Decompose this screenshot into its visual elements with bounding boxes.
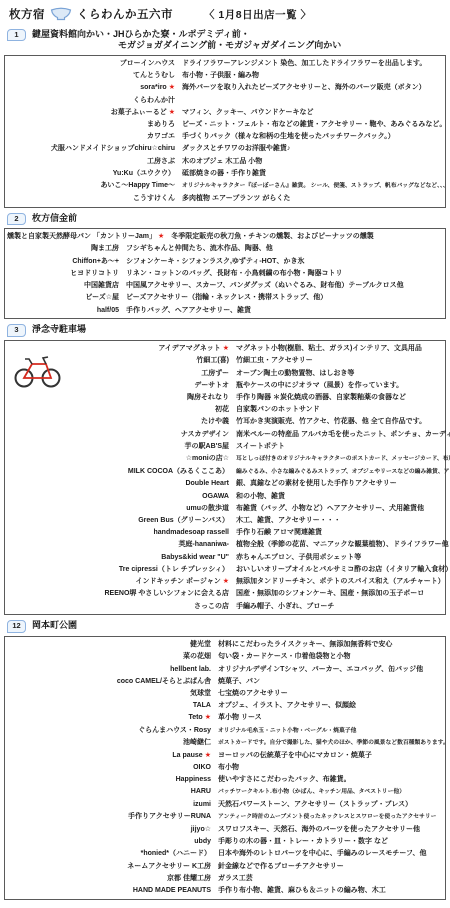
vendor-name: 京都 佳耀工房 — [7, 874, 211, 883]
vendor-description: オリジナルデザインTシャツ、パーカー、エコバッグ、缶バッジ他 — [218, 665, 441, 674]
vendor-name-text: アイデアマグネット — [158, 344, 220, 353]
vendor-name: さっこの店 — [7, 602, 229, 611]
vendor-description: パッチワークキルト.布小物（かばん、キッチン用品、タペストリー他） — [218, 789, 441, 797]
vendor-name-text: 池崎継仁 — [183, 738, 211, 747]
vendor-description: 銀、真鍮などの素材を使用した手作りアクセサリー — [236, 479, 441, 488]
vendor-row: アイデアマグネット★マグネット小物(樹脂、粘土、ガラス)インテリア、文具用品 — [5, 343, 445, 355]
vendor-row: ビーズ☆屋ビーズアクセサリー（指輪・ネックレス・携帯ストラップ、他） — [5, 292, 445, 304]
vendor-name: hellbent lab. — [7, 665, 211, 674]
vendor-name-text: ナスカデザイン — [181, 430, 229, 439]
vendor-row: half/05手作りバッグ、ヘアアクセサリー、雑貨 — [5, 304, 445, 316]
section-number-badge: 12 — [7, 620, 26, 632]
vendor-row: sora*iro★海外パーツを取り入れたビーズアクセサリーと、海外のパーツ販売（… — [5, 82, 445, 94]
section-number-badge: 1 — [7, 29, 26, 41]
vendor-name: くらわんか汁 — [7, 96, 175, 105]
vendor-name: OIKO — [7, 763, 211, 772]
vendor-name: La pause★ — [7, 751, 211, 760]
vendor-name: coco CAMEL/そらとぶぱん舎 — [7, 677, 211, 686]
vendor-row: coco CAMEL/そらとぶぱん舎焼菓子、パン — [5, 675, 445, 687]
vendor-description: 手作り布小物、雑貨、麻ひも＆ニットの編み物、木工 — [218, 886, 441, 895]
vendor-name: OGAWA — [7, 492, 229, 501]
vendor-name: ubdy — [7, 837, 211, 846]
vendor-name-text: たけや義 — [201, 417, 229, 426]
vendor-description: 革小物 リース — [218, 713, 441, 722]
vendor-row: まめりろビーズ・ニット・フェルト・布などの雑貨・アクセサリー・鞄や、あみぐるみな… — [5, 119, 445, 131]
vendor-name-text: REENO堺 やさしいシフォンに会える店 — [105, 589, 230, 598]
vendor-description: 手作りバッグ、ヘアアクセサリー、雑貨 — [126, 306, 441, 315]
vendor-description: 国産・無添加のシフォンケーキ、国産・無添加の玉子ボーロ — [236, 589, 441, 598]
vendor-name: ブローインハウス — [7, 59, 175, 68]
vendor-name-text: half/05 — [97, 306, 119, 315]
vendor-row: 工房ずーオーブン陶土の動物置物、はしおき等 — [5, 367, 445, 379]
vendor-row: ブローインハウスドライフラワーアレンジメント 染色、加工したドライフラワーを出品… — [5, 58, 445, 70]
vendor-name: ナスカデザイン — [7, 430, 229, 439]
vendor-row: Tre cipressi（トレ チプレッシィ）おいしいオリーブオイルとバルサミコ… — [5, 563, 445, 575]
vendor-name-text: jijyo☆ — [191, 825, 211, 834]
vendor-name: MILK COCOA（みるくここあ） — [7, 467, 229, 476]
vendor-name: sora*iro★ — [7, 83, 175, 92]
vendor-name: あいこ～Happy Time～ — [7, 181, 175, 190]
vendor-name: half/05 — [7, 306, 119, 315]
vendor-description: 赤ちゃんエプロン、子供用ポシェット等 — [236, 553, 441, 562]
vendor-description: 木工、雑貨、アクセサリー・・・ — [236, 516, 441, 525]
vendor-name: ビーズ☆屋 — [7, 293, 119, 302]
vendor-name: たけや義 — [7, 417, 229, 426]
section-title-line1: 岡本町公園 — [32, 620, 77, 631]
vendor-name-text: 健光堂 — [190, 640, 211, 649]
vendor-name: Babys&kid wear "U" — [7, 553, 229, 562]
vendor-row: 燻製と自家製天然酵母パン 「カントリーJam」★冬季限定販売の秋刀魚・チキンの燻… — [5, 231, 445, 243]
vendor-description: 材料にこだわったライスクッキー、無添加無香料で安心 — [218, 640, 441, 649]
vendor-name-text: 陶ま工房 — [91, 244, 119, 253]
vendor-row: Chiffon+あ～+シフォンケーキ・シフォンラスク,ゆずティ-HOT、かき氷 — [5, 255, 445, 267]
vendor-row: La pause★ヨーロッパの伝統菓子を中心にマカロン・焼菓子 — [5, 749, 445, 761]
vendor-description: 南米ペルーの特産品 アルパカ毛を使ったニット、ポンチョ、カーディガン、他 — [236, 430, 450, 439]
vendor-row: 菜の花畑匂い袋・カードケース・巾着他袋物と小物 — [5, 651, 445, 663]
vendor-description: ダックスとチワワのお洋服や雑貨♪ — [182, 144, 441, 153]
vendor-name-text: OGAWA — [202, 492, 229, 501]
vendor-name: umuの散歩道 — [7, 504, 229, 513]
vendor-name: 池崎継仁 — [7, 738, 211, 747]
vendor-name-text: 陶房それなり — [187, 393, 229, 402]
vendor-description: 匂い袋・カードケース・巾着他袋物と小物 — [218, 652, 441, 661]
vendor-row: 犬服ハンドメイドショップchiru☆chiruダックスとチワワのお洋服や雑貨♪ — [5, 143, 445, 155]
vendor-name-text: くらわんか汁 — [133, 96, 175, 105]
vendor-name-text: 工房ずー — [201, 369, 229, 378]
vendor-name-text: さっこの店 — [194, 602, 229, 611]
vendor-row: インドキッチン ポージャン★無添加タンドリーチキン、ポテトのスパイス和え（アルチ… — [5, 576, 445, 588]
title-date-list-label: 〈 1月8日出店一覧 〉 — [204, 7, 312, 22]
vendor-row: ubdy手彫りの木の器・皿・トレー・カトラリー・数字 など — [5, 836, 445, 848]
vendor-row: Teto★革小物 リース — [5, 712, 445, 724]
vendor-name-text: こうすけくん — [133, 194, 175, 203]
vendor-name: 陶ま工房 — [7, 244, 119, 253]
vendor-name-text: 芋の駅AB'S屋 — [185, 442, 229, 451]
vendor-description: 編みぐるみ、小さな編みぐるみストラップ、オブジェやリースなどの編み雑貨、アクセサ… — [236, 469, 450, 477]
vendor-row: あいこ～Happy Time～オリジナルキャラクター『ぼーぼーさん』雑貨。 シー… — [5, 180, 445, 193]
vendor-description: 日本や海外のレトロパーツを中心に、手編みのレースモチーフ、他 — [218, 849, 441, 858]
vendor-description: 布小物 — [218, 763, 441, 772]
star-icon: ★ — [158, 232, 164, 241]
vendor-description: 手づくりバック（様々な和柄の生地を使ったパッチワークバック。） — [182, 132, 441, 141]
vendor-name: ぐらんまハウス・Rosy — [7, 726, 211, 735]
star-icon: ★ — [169, 108, 175, 117]
vendor-description: 布雑貨（バッグ、小物など）ヘアアクセサリー、犬用雑貨他 — [236, 504, 441, 513]
vendor-name: HAND MADE PEANUTS — [7, 886, 211, 895]
vendor-name-text: Green Bus（グリーンバス） — [138, 516, 229, 525]
vendor-name: izumi — [7, 800, 211, 809]
vendor-description: スワロフスキー、天然石、海外のパーツを使ったアクセサリー他 — [218, 825, 441, 834]
vendor-name: 健光堂 — [7, 640, 211, 649]
vendor-description: 和の小物、雑貨 — [236, 492, 441, 501]
vendor-row: 中国雑貨店中国風アクセサリー、スカーフ、パンダグッズ（ぬいぐるみ、財布他）テーブ… — [5, 280, 445, 292]
vendor-name-text: 京都 佳耀工房 — [167, 874, 211, 883]
vendor-row: こうすけくん多肉植物 エアープランツ がらくた — [5, 192, 445, 204]
vendor-name-text: TALA — [193, 701, 211, 710]
vendor-name-text: hellbent lab. — [170, 665, 211, 674]
vendor-description: おいしいオリーブオイルとバルサミコ酢のお店（イタリア輸入食材） — [236, 565, 450, 574]
vendor-row: 英庭-hananiwa-植物全般（季節の花苗、マニアックな観葉植物）、ドライフラ… — [5, 539, 445, 551]
vendor-description: 七宝焼のアクセサリー — [218, 689, 441, 698]
section-title: 鍵屋資料館向かい・JHひらかた寮・ルポデミディ前・モガジョガダイニング前・モガジ… — [32, 29, 341, 52]
star-icon: ★ — [223, 344, 229, 353]
section-title: 岡本町公園 — [32, 620, 77, 631]
vendor-row: 気球堂七宝焼のアクセサリー — [5, 688, 445, 700]
vendor-description: オーブン陶土の動物置物、はしおき等 — [236, 369, 441, 378]
vendor-description: 手作り石鹸 アロマ関連雑貨 — [236, 528, 441, 537]
vendor-row: REENO堺 やさしいシフォンに会える店国産・無添加のシフォンケーキ、国産・無添… — [5, 588, 445, 600]
vendor-name: 気球堂 — [7, 689, 211, 698]
vendor-row: 工房さぶ木のオブジェ 木工品 小物 — [5, 155, 445, 167]
vendor-name-text: OIKO — [193, 763, 211, 772]
vendor-description: 手作り陶器 ＊炭化焼成の酒器、自家製釉薬の食器など — [236, 393, 441, 402]
vendor-description: 冬季限定販売の秋刀魚・チキンの燻製、およびピーナッツの燻製 — [171, 232, 441, 241]
vendor-name: 初花 — [7, 405, 229, 414]
vendor-description: 手編み帽子、小ぎれ、ブローチ — [236, 602, 441, 611]
vendor-description: 無添加タンドリーチキン、ポテトのスパイス和え（アルチャート） — [236, 577, 445, 586]
section-title: 淨念寺駐車場 — [32, 324, 86, 335]
vendor-name-text: Yu:Ku（ユウクウ） — [113, 169, 175, 178]
vendor-description: 自家製パンのホットサンド — [236, 405, 441, 414]
page-title: 枚方宿 くらわんか五六市 〈 1月8日出店一覧 〉 — [3, 4, 447, 26]
vendor-row: handmadesoap rassell手作り石鹸 アロマ関連雑貨 — [5, 527, 445, 539]
star-icon: ★ — [205, 713, 211, 722]
vendor-description: 海外パーツを取り入れたビーズアクセサリーと、海外のパーツ販売（ボタン） — [182, 83, 441, 92]
vendor-description: 木のオブジェ 木工品 小物 — [182, 157, 441, 166]
vendor-name-text: Chiffon+あ～+ — [72, 257, 119, 266]
vendor-description: 植物全般（季節の花苗、マニアックな観葉植物）、ドライフラワー他 — [236, 540, 449, 549]
vendor-name: ☆moniの店☆ — [7, 454, 229, 463]
vendor-name-text: ネームアクセサリー K工房 — [127, 862, 211, 871]
section-title-line1: 鍵屋資料館向かい・JHひらかた寮・ルポデミディ前・ — [32, 29, 341, 40]
vendor-row: hellbent lab.オリジナルデザインTシャツ、パーカー、エコバッグ、缶バ… — [5, 663, 445, 675]
vendor-row: くらわんか汁 — [5, 94, 445, 106]
vendor-description: シフォンケーキ・シフォンラスク,ゆずティ-HOT、かき氷 — [126, 257, 441, 266]
vendor-row: たけや義竹耳かき実演販売、竹アクセ、竹花器、他 全て自作品です。 — [5, 416, 445, 428]
vendor-name-text: 中国雑貨店 — [84, 281, 119, 290]
vendor-name: *honied*（ハニード） — [7, 849, 211, 858]
vendor-row: TALAオブジェ、イラスト、アクセサリー、似顔絵 — [5, 700, 445, 712]
section-title-line2: モガジョガダイニング前・モガジャガダイニング向かい — [32, 40, 341, 51]
vendor-name: ネームアクセサリー K工房 — [7, 862, 211, 871]
vendor-description: スイートポテト — [236, 442, 441, 451]
section-number-badge: 3 — [7, 324, 26, 336]
vendor-row: お菓子ふぃーるど★マフィン、クッキー、パウンドケーキなど — [5, 106, 445, 118]
section-title-line1: 枚方信金前 — [32, 213, 77, 224]
vendor-description: オリジナルキャラクター『ぼーぼーさん』雑貨。 シール、便箋、ストラップ、帆布バッ… — [182, 183, 449, 191]
vendor-name-text: HAND MADE PEANUTS — [133, 886, 211, 895]
vendor-row: izumi天然石パワーストーン、アクセサリー（ストラップ・ブレス） — [5, 799, 445, 811]
vendor-name: REENO堺 やさしいシフォンに会える店 — [7, 589, 229, 598]
vendor-row: HAND MADE PEANUTS手作り布小物、雑貨、麻ひも＆ニットの編み物、木… — [5, 885, 445, 897]
vendor-row: OGAWA和の小物、雑貨 — [5, 490, 445, 502]
vendor-row: 陶ま工房フシギちゃんと仲間たち、流木作品、陶器、他 — [5, 243, 445, 255]
vendor-name-text: 手作りアクセサリーRUNA — [128, 812, 211, 821]
vendor-row: jijyo☆スワロフスキー、天然石、海外のパーツを使ったアクセサリー他 — [5, 824, 445, 836]
vendor-description: マフィン、クッキー、パウンドケーキなど — [182, 108, 441, 117]
vendor-name-text: HARU — [191, 787, 211, 796]
section-header-2: 2枚方信金前 — [3, 210, 447, 227]
vendor-name-text: カワゴエ — [147, 132, 175, 141]
vendor-description: フシギちゃんと仲間たち、流木作品、陶器、他 — [126, 244, 441, 253]
vendor-row: ヒヨドリコトリリネン・コットンのバッグ、長財布・小鳥刺繍の布小物・陶器コトリ — [5, 268, 445, 280]
vendor-name: Yu:Ku（ユウクウ） — [7, 169, 175, 178]
vendor-row: 健光堂材料にこだわったライスクッキー、無添加無香料で安心 — [5, 639, 445, 651]
vendor-description: 使いやすさにこだわったバック、布雑貨。 — [218, 775, 441, 784]
vendor-name: 芋の駅AB'S屋 — [7, 442, 229, 451]
vendor-row: 手作りアクセサリーRUNAアンティーク時計のムーブメント使ったネックレスとスワロ… — [5, 811, 445, 824]
vendor-description: ヨーロッパの伝統菓子を中心にマカロン・焼菓子 — [218, 751, 441, 760]
vendor-name-text: Teto — [188, 713, 202, 722]
vendor-description: 瓶やケースの中にジオラマ（風景）を作っています。 — [236, 381, 441, 390]
vendor-row: ぐらんまハウス・Rosyオリジナル毛糸玉・ニット小物・ベーグル・焼菓子他 — [5, 724, 445, 737]
vendor-row: てんとうむし布小物・子供服・編み物 — [5, 70, 445, 82]
vendor-row: 池崎継仁ポストカードです。自分で撮影した、猫や犬のほか、季節の風景など数百種類あ… — [5, 737, 445, 750]
section-header-1: 1鍵屋資料館向かい・JHひらかた寮・ルポデミディ前・モガジョガダイニング前・モガ… — [3, 26, 447, 54]
vendor-row: umuの散歩道布雑貨（バッグ、小物など）ヘアアクセサリー、犬用雑貨他 — [5, 502, 445, 514]
vendor-row: ネームアクセサリー K工房針金線などで作るブローチアクセサリー — [5, 860, 445, 872]
star-icon: ★ — [223, 577, 229, 586]
vendor-name: インドキッチン ポージャン★ — [7, 577, 229, 586]
section-header-12: 12岡本町公園 — [3, 617, 447, 634]
star-icon: ★ — [169, 83, 175, 92]
vendor-description: 竹耳かき実演販売、竹アクセ、竹花器、他 全て自作品です。 — [236, 417, 441, 426]
section-box-2: 燻製と自家製天然酵母パン 「カントリーJam」★冬季限定販売の秋刀魚・チキンの燻… — [4, 228, 446, 320]
vendor-name-text: *honied*（ハニード） — [141, 849, 211, 858]
vendor-name-text: ブローインハウス — [120, 59, 175, 68]
vendor-row: Babys&kid wear "U"赤ちゃんエプロン、子供用ポシェット等 — [5, 551, 445, 563]
vendor-name: HARU — [7, 787, 211, 796]
vendor-name-text: デーサトオ — [194, 381, 229, 390]
vendor-row: 芋の駅AB'S屋スイートポテト — [5, 441, 445, 453]
vendor-row: 陶房それなり手作り陶器 ＊炭化焼成の酒器、自家製釉薬の食器など — [5, 392, 445, 404]
sections-container: 1鍵屋資料館向かい・JHひらかた寮・ルポデミディ前・モガジョガダイニング前・モガ… — [3, 26, 447, 900]
vendor-name: こうすけくん — [7, 194, 175, 203]
vendor-row: HARUパッチワークキルト.布小物（かばん、キッチン用品、タペストリー他） — [5, 786, 445, 799]
section-box-1: ブローインハウスドライフラワーアレンジメント 染色、加工したドライフラワーを出品… — [4, 55, 446, 208]
vendor-row: OIKO布小物 — [5, 762, 445, 774]
vendor-name-text: Tre cipressi（トレ チプレッシィ） — [119, 565, 229, 574]
vendor-description: リネン・コットンのバッグ、長財布・小鳥刺繍の布小物・陶器コトリ — [126, 269, 441, 278]
vendor-name: jijyo☆ — [7, 825, 211, 834]
vendor-name-text: 初花 — [215, 405, 229, 414]
section-number-badge: 2 — [7, 213, 26, 225]
vendor-row: *honied*（ハニード）日本や海外のレトロパーツを中心に、手編みのレースモチ… — [5, 848, 445, 860]
vendor-name-text: ビーズ☆屋 — [85, 293, 119, 302]
vendor-name: 陶房それなり — [7, 393, 229, 402]
vendor-row: カワゴエ手づくりバック（様々な和柄の生地を使ったパッチワークバック。） — [5, 131, 445, 143]
vendor-name-text: ヒヨドリコトリ — [70, 269, 119, 278]
vendor-description: 天然石パワーストーン、アクセサリー（ストラップ・ブレス） — [218, 800, 441, 809]
vendor-name: 工房さぶ — [7, 157, 175, 166]
vendor-name: ヒヨドリコトリ — [7, 269, 119, 278]
vendor-description: 砥部焼きの器・手作り雑貨 — [182, 169, 441, 178]
vendor-name: Chiffon+あ～+ — [7, 257, 119, 266]
vendor-description: マグネット小物(樹脂、粘土、ガラス)インテリア、文具用品 — [236, 344, 441, 353]
star-icon: ★ — [205, 751, 211, 760]
vendor-name: お菓子ふぃーるど★ — [7, 108, 175, 117]
vendor-name: まめりろ — [7, 120, 175, 129]
vendor-name-text: お菓子ふぃーるど — [111, 108, 167, 117]
vendor-name-text: ☆moniの店☆ — [186, 454, 229, 463]
vendor-row: ☆moniの店☆耳としっぽ付きのオリジナルキャラクターのポストカード、メッセージ… — [5, 453, 445, 466]
vendor-name: カワゴエ — [7, 132, 175, 141]
vendor-name-text: Double Heart — [185, 479, 229, 488]
vendor-name-text: 竹細工(喜) — [196, 356, 229, 365]
section-title-line1: 淨念寺駐車場 — [32, 324, 86, 335]
vendor-name: 中国雑貨店 — [7, 281, 119, 290]
vendor-name-text: 気球堂 — [190, 689, 211, 698]
vendor-name-text: Happiness — [176, 775, 211, 784]
vendor-name: Green Bus（グリーンバス） — [7, 516, 229, 525]
vendor-description: 手彫りの木の器・皿・トレー・カトラリー・数字 など — [218, 837, 441, 846]
vendor-description: 針金線などで作るブローチアクセサリー — [218, 862, 441, 871]
vendor-description: 多肉植物 エアープランツ がらくた — [182, 194, 441, 203]
vendor-description: ガラス工芸 — [218, 874, 441, 883]
vendor-row: 竹細工(喜)竹細工虫・アクセサリー — [5, 355, 445, 367]
vendor-name: Happiness — [7, 775, 211, 784]
vendor-description: 耳としっぽ付きのオリジナルキャラクターのポストカード、メッセージカード、布用シー… — [236, 456, 450, 464]
vendor-description: ビーズアクセサリー（指輪・ネックレス・携帯ストラップ、他） — [126, 293, 441, 302]
vendor-name-text: handmadesoap rassell — [154, 528, 229, 537]
vendor-name-text: まめりろ — [147, 120, 175, 129]
vendor-name-text: umuの散歩道 — [186, 504, 229, 513]
vendor-description: アンティーク時計のムーブメント使ったネックレスとスワローを使ったアクセサリー — [218, 814, 441, 822]
vendor-name: handmadesoap rassell — [7, 528, 229, 537]
vendor-name-text: 燻製と自家製天然酵母パン 「カントリーJam」 — [7, 232, 156, 241]
vendor-row: ナスカデザイン南米ペルーの特産品 アルパカ毛を使ったニット、ポンチョ、カーディガ… — [5, 428, 445, 440]
vendor-name: てんとうむし — [7, 71, 175, 80]
section-title: 枚方信金前 — [32, 213, 77, 224]
vendor-name: Tre cipressi（トレ チプレッシィ） — [7, 565, 229, 574]
vendor-name: Teto★ — [7, 713, 211, 722]
vendor-name: TALA — [7, 701, 211, 710]
vendor-description: 中国風アクセサリー、スカーフ、パンダグッズ（ぬいぐるみ、財布他）テーブルクロス他 — [126, 281, 441, 290]
vendor-description: 焼菓子、パン — [218, 677, 441, 686]
vendor-name: 手作りアクセサリーRUNA — [7, 812, 211, 821]
vendor-name: 英庭-hananiwa- — [7, 540, 229, 549]
vendor-name-text: 菜の花畑 — [183, 652, 211, 661]
vendor-description: 布小物・子供服・編み物 — [182, 71, 441, 80]
vendor-name-text: てんとうむし — [133, 71, 175, 80]
vendor-description: ビーズ・ニット・フェルト・布などの雑貨・アクセサリー・鞄や、あみぐるみなど。 — [182, 120, 446, 129]
vendor-name-text: 工房さぶ — [147, 157, 175, 166]
vendor-name: Double Heart — [7, 479, 229, 488]
vendor-name-text: ぐらんまハウス・Rosy — [138, 726, 211, 735]
vendor-name: 菜の花畑 — [7, 652, 211, 661]
vendor-description: ポストカードです。自分で撮影した、猫や犬のほか、季節の風景など数百種類あります。 — [218, 740, 449, 748]
title-market: くらわんか五六市 — [77, 6, 173, 22]
vendor-name-text: 英庭-hananiwa- — [178, 540, 229, 549]
vendor-name-text: sora*iro — [140, 83, 166, 92]
vendor-row: Happiness使いやすさにこだわったバック、布雑貨。 — [5, 774, 445, 786]
vendor-name-text: izumi — [193, 800, 211, 809]
section-header-3: 3淨念寺駐車場 — [3, 321, 447, 338]
vendor-name-text: MILK COCOA（みるくここあ） — [128, 467, 229, 476]
vendor-description: オリジナル毛糸玉・ニット小物・ベーグル・焼菓子他 — [218, 728, 441, 736]
vendor-name: 犬服ハンドメイドショップchiru☆chiru — [7, 144, 175, 153]
vendor-row: Yu:Ku（ユウクウ）砥部焼きの器・手作り雑貨 — [5, 167, 445, 179]
vendor-row: 京都 佳耀工房ガラス工芸 — [5, 872, 445, 884]
vendor-name-text: La pause — [172, 751, 202, 760]
vendor-row: さっこの店手編み帽子、小ぎれ、ブローチ — [5, 600, 445, 612]
section-box-12: 健光堂材料にこだわったライスクッキー、無添加無香料で安心菜の花畑匂い袋・カードケ… — [4, 636, 446, 900]
vendor-row: 初花自家製パンのホットサンド — [5, 404, 445, 416]
vendor-row: Double Heart銀、真鍮などの素材を使用した手作りアクセサリー — [5, 478, 445, 490]
vendor-name-text: インドキッチン ポージャン — [136, 577, 221, 586]
vendor-row: MILK COCOA（みるくここあ）編みぐるみ、小さな編みぐるみストラップ、オブ… — [5, 465, 445, 478]
vendor-description: ドライフラワーアレンジメント 染色、加工したドライフラワーを出品します。 — [182, 59, 441, 68]
vendor-name: 燻製と自家製天然酵母パン 「カントリーJam」★ — [7, 232, 164, 241]
vendor-description: 竹細工虫・アクセサリー — [236, 356, 441, 365]
vendor-name-text: coco CAMEL/そらとぶぱん舎 — [117, 677, 211, 686]
bicycle-icon — [13, 353, 63, 389]
vendor-description: オブジェ、イラスト、アクセサリー、似顔絵 — [218, 701, 441, 710]
vendor-name-text: ubdy — [194, 837, 211, 846]
vendor-name-text: あいこ～Happy Time～ — [100, 181, 175, 190]
vendor-name-text: Babys&kid wear "U" — [161, 553, 229, 562]
section-box-3: アイデアマグネット★マグネット小物(樹脂、粘土、ガラス)インテリア、文具用品竹細… — [4, 340, 446, 616]
title-place: 枚方宿 — [9, 6, 45, 22]
vendor-row: デーサトオ瓶やケースの中にジオラマ（風景）を作っています。 — [5, 379, 445, 391]
vendor-row: Green Bus（グリーンバス）木工、雑貨、アクセサリー・・・ — [5, 515, 445, 527]
vendor-list-page: 枚方宿 くらわんか五六市 〈 1月8日出店一覧 〉 1鍵屋資料館向かい・JHひら… — [0, 0, 450, 908]
bowl-icon — [50, 7, 72, 21]
vendor-name-text: 犬服ハンドメイドショップchiru☆chiru — [51, 144, 175, 153]
